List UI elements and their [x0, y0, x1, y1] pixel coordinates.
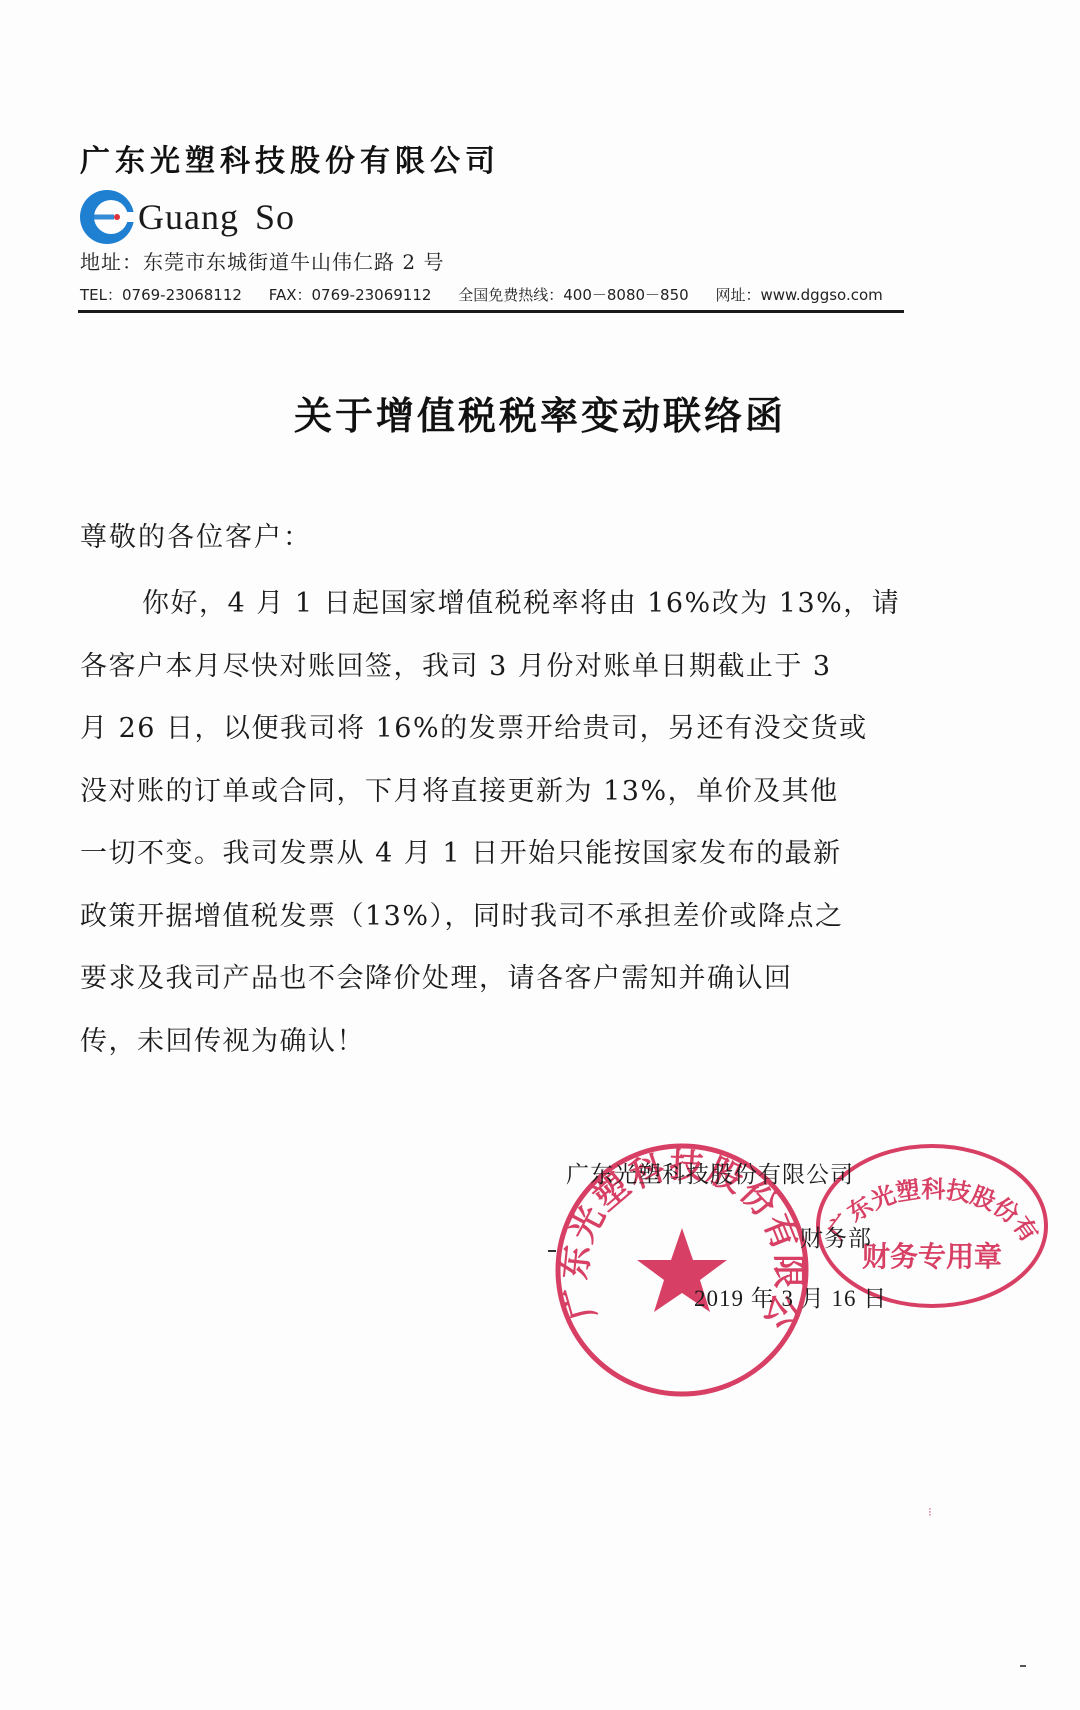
signature-department: 财务部 — [800, 1220, 872, 1253]
greeting: 尊敬的各位客户： — [80, 515, 312, 554]
brand-name-part1: Guang — [138, 197, 239, 237]
letter-body: 你好，4 月 1 日起国家增值税税率将由 16%改为 13%，请 各客户本月尽快… — [80, 573, 906, 1073]
scan-speck: ⁝ — [928, 1505, 932, 1519]
body-line: 传，未回传视为确认！ — [80, 1011, 906, 1074]
body-line: 政策开据增值税发票（13%），同时我司不承担差价或降点之 — [80, 886, 906, 949]
contact-line: TEL：0769-23068112 FAX：0769-23069112 全国免费… — [80, 284, 905, 305]
body-line: 一切不变。我司发票从 4 月 1 日开始只能按国家发布的最新 — [80, 823, 906, 886]
signature-date: 2019 年 3 月 16 日 — [694, 1280, 887, 1313]
body-line: 没对账的订单或合同，下月将直接更新为 13%，单价及其他 — [80, 761, 906, 824]
brand-name-part2: So — [255, 197, 295, 237]
guangso-logo-icon — [78, 188, 136, 246]
body-line: 你好，4 月 1 日起国家增值税税率将由 16%改为 13%，请 — [80, 573, 906, 636]
hotline-number: 全国免费热线：400－8080－850 — [458, 286, 688, 304]
finance-seal-label: 财务专用章 — [862, 1240, 1002, 1273]
brand-name: GuangSo — [138, 196, 295, 238]
body-line: 各客户本月尽快对账回签，我司 3 月份对账单日期截止于 3 — [80, 636, 906, 699]
scan-speck — [1020, 1665, 1026, 1667]
website: 网址：www.dggso.com — [715, 286, 882, 304]
body-line: 要求及我司产品也不会降价处理，请各客户需知并确认回 — [80, 948, 906, 1011]
fax-number: FAX：0769-23069112 — [269, 286, 432, 304]
letterhead-divider — [78, 310, 904, 313]
company-address: 地址：东莞市东城街道牛山伟仁路 2 号 — [80, 246, 444, 275]
body-line: 月 26 日，以便我司将 16%的发票开给贵司，另还有没交货或 — [80, 698, 906, 761]
company-logo: GuangSo — [78, 188, 295, 246]
letterhead-company-name: 广东光塑科技股份有限公司 — [80, 136, 500, 180]
document-title: 关于增值税税率变动联络函 — [0, 385, 1080, 440]
tel-number: TEL：0769-23068112 — [80, 286, 242, 304]
signature-company: 广东光塑科技股份有限公司 — [566, 1156, 854, 1189]
